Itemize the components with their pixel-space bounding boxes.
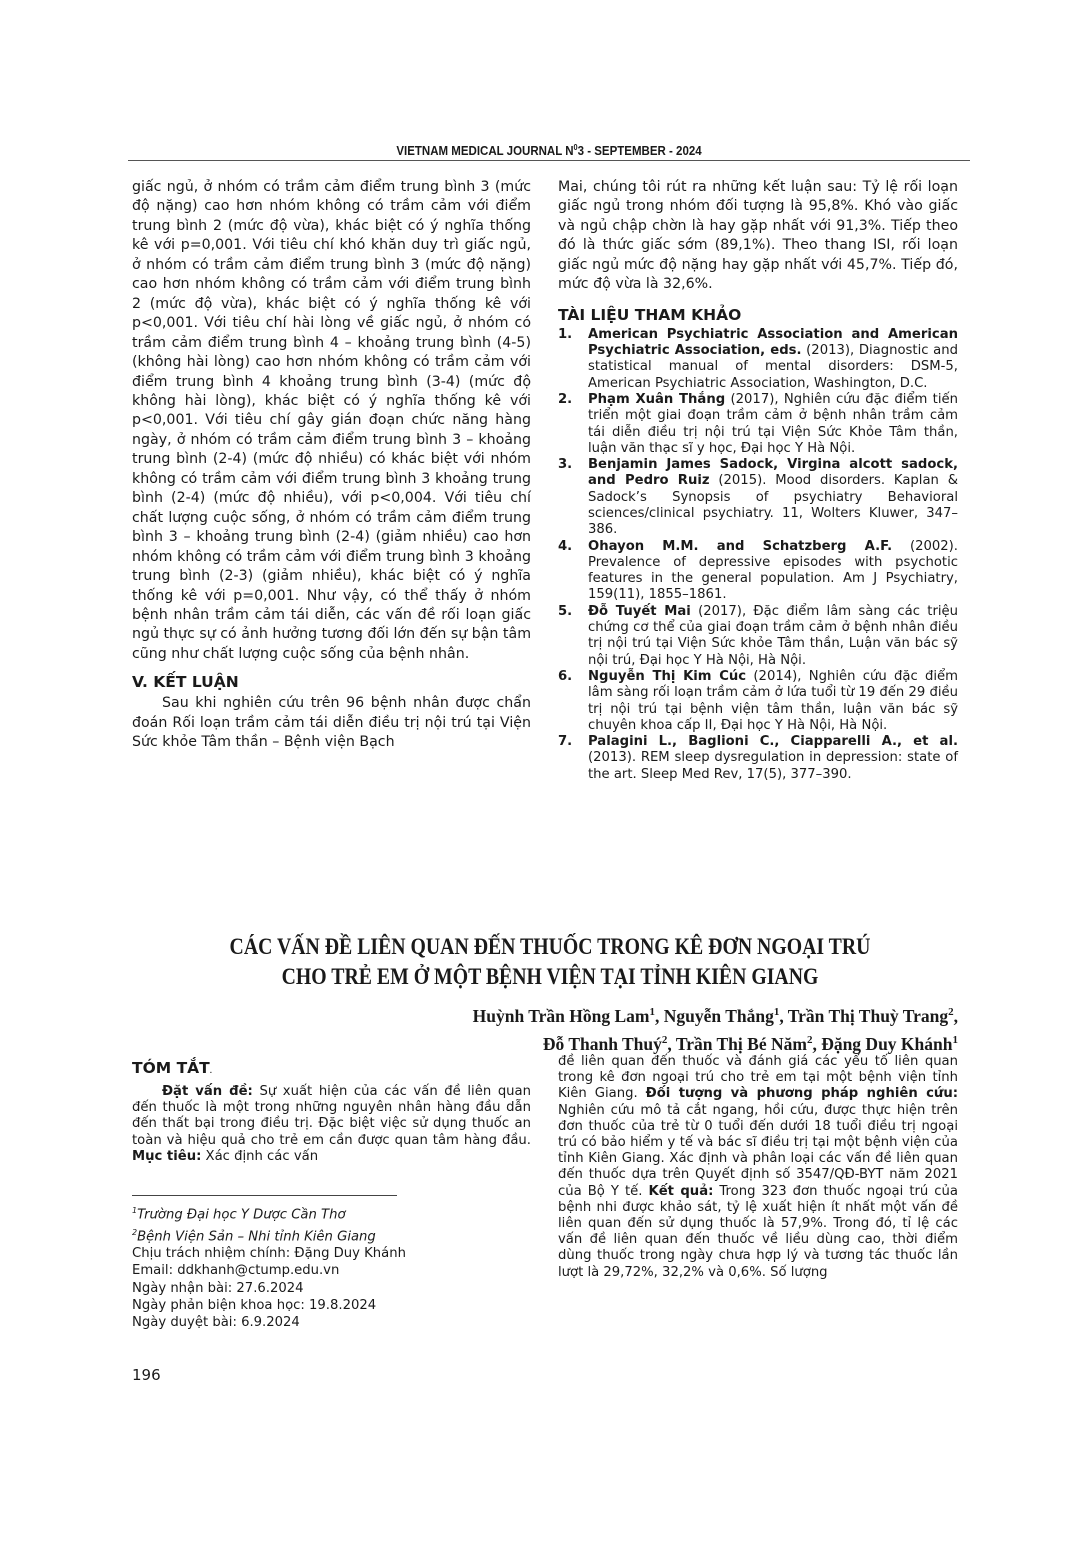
references-heading: TÀI LIỆU THAM KHẢO bbox=[558, 305, 958, 325]
affiliation-1: 1Trường Đại học Y Dược Cần Thơ bbox=[132, 1202, 532, 1224]
author-name: Huỳnh Trần Hồng Lam bbox=[473, 1006, 650, 1026]
date-reviewed: Ngày phản biện khoa học: 19.8.2024 bbox=[132, 1297, 532, 1314]
discussion-paragraph: giấc ngủ, ở nhóm có trầm cảm điểm trung … bbox=[132, 178, 531, 664]
reference-authors: Nguyễn Thị Kim Cúc bbox=[588, 669, 746, 684]
reference-item: 6. Nguyễn Thị Kim Cúc (2014), Nghiên cứu… bbox=[558, 669, 958, 734]
reference-item: 5. Đỗ Tuyết Mai (2017), Đặc điểm lâm sàn… bbox=[558, 604, 958, 669]
author-list: Huỳnh Trần Hồng Lam1, Nguyễn Thắng1, Trầ… bbox=[198, 1000, 958, 1056]
reference-list: 1. American Psychiatric Association and … bbox=[558, 327, 958, 783]
background-label: Đặt vấn đề: bbox=[162, 1084, 253, 1099]
prev-article-right-column: Mai, chúng tôi rút ra những kết luận sau… bbox=[558, 178, 958, 783]
abstract-paragraph-continued: đề liên quan đến thuốc và đánh giá các y… bbox=[558, 1054, 958, 1281]
author-name: Đặng Duy Khánh bbox=[821, 1034, 952, 1054]
methods-label: Đối tượng và phương pháp nghiên cứu: bbox=[646, 1086, 958, 1101]
reference-item: 2. Phạm Xuân Thắng (2017), Nghiên cứu đặ… bbox=[558, 392, 958, 457]
article-title: CÁC VẤN ĐỀ LIÊN QUAN ĐẾN THUỐC TRONG KÊ … bbox=[197, 932, 902, 992]
reference-item: 4. Ohayon M.M. and Schatzberg A.F. (2002… bbox=[558, 539, 958, 604]
running-header: VIETNAM MEDICAL JOURNAL N03 - SEPTEMBER … bbox=[162, 143, 937, 158]
corresponding-author: Chịu trách nhiệm chính: Đặng Duy Khánh bbox=[132, 1245, 532, 1262]
reference-item: 7. Palagini L., Baglioni C., Ciapparelli… bbox=[558, 734, 958, 783]
reference-item: 1. American Psychiatric Association and … bbox=[558, 327, 958, 392]
reference-authors: Đỗ Tuyết Mai bbox=[588, 604, 691, 619]
date-received: Ngày nhận bài: 27.6.2024 bbox=[132, 1280, 532, 1297]
footnotes: 1Trường Đại học Y Dược Cần Thơ 2Bệnh Việ… bbox=[132, 1202, 532, 1331]
reference-item: 3. Benjamin James Sadock, Virgina alcott… bbox=[558, 457, 958, 538]
journal-name: VIETNAM MEDICAL JOURNAL N bbox=[396, 144, 573, 158]
prev-article-left-column: giấc ngủ, ở nhóm có trầm cảm điểm trung … bbox=[132, 178, 531, 753]
results-label: Kết quả: bbox=[648, 1184, 713, 1199]
date-accepted: Ngày duyệt bài: 6.9.2024 bbox=[132, 1314, 532, 1331]
reference-authors: Palagini L., Baglioni C., Ciapparelli A.… bbox=[588, 734, 958, 749]
abstract-heading: TÓM TẮT. bbox=[132, 1058, 531, 1082]
conclusion-paragraph-start: Sau khi nghiên cứu trên 96 bệnh nhân đượ… bbox=[132, 694, 531, 752]
abstract-right-column: đề liên quan đến thuốc và đánh giá các y… bbox=[558, 1054, 958, 1281]
conclusion-heading: V. KẾT LUẬN bbox=[132, 672, 531, 692]
footnote-divider bbox=[132, 1195, 397, 1196]
abstract-left-column: TÓM TẮT. Đặt vấn đề: Sự xuất hiện của cá… bbox=[132, 1058, 531, 1165]
author-name: Đỗ Thanh Thuý bbox=[543, 1034, 662, 1054]
contact-email: Email: ddkhanh@ctump.edu.vn bbox=[132, 1262, 532, 1279]
page-number: 196 bbox=[132, 1366, 161, 1384]
author-name: Trần Thị Thuỳ Trang bbox=[788, 1006, 948, 1026]
reference-authors: Ohayon M.M. and Schatzberg A.F. bbox=[588, 539, 892, 554]
issue-date: 3 - SEPTEMBER - 2024 bbox=[578, 144, 702, 158]
author-name: Nguyễn Thắng bbox=[664, 1006, 774, 1026]
conclusion-paragraph-end: Mai, chúng tôi rút ra những kết luận sau… bbox=[558, 178, 958, 295]
objective-label: Mục tiêu: bbox=[132, 1149, 201, 1164]
abstract-paragraph-start: Đặt vấn đề: Sự xuất hiện của các vấn đề … bbox=[132, 1084, 531, 1165]
author-name: Trần Thị Bé Năm bbox=[676, 1034, 807, 1054]
header-divider bbox=[128, 160, 970, 161]
affiliation-2: 2Bệnh Viện Sản – Nhi tỉnh Kiên Giang bbox=[132, 1224, 532, 1246]
reference-authors: Phạm Xuân Thắng bbox=[588, 392, 725, 407]
